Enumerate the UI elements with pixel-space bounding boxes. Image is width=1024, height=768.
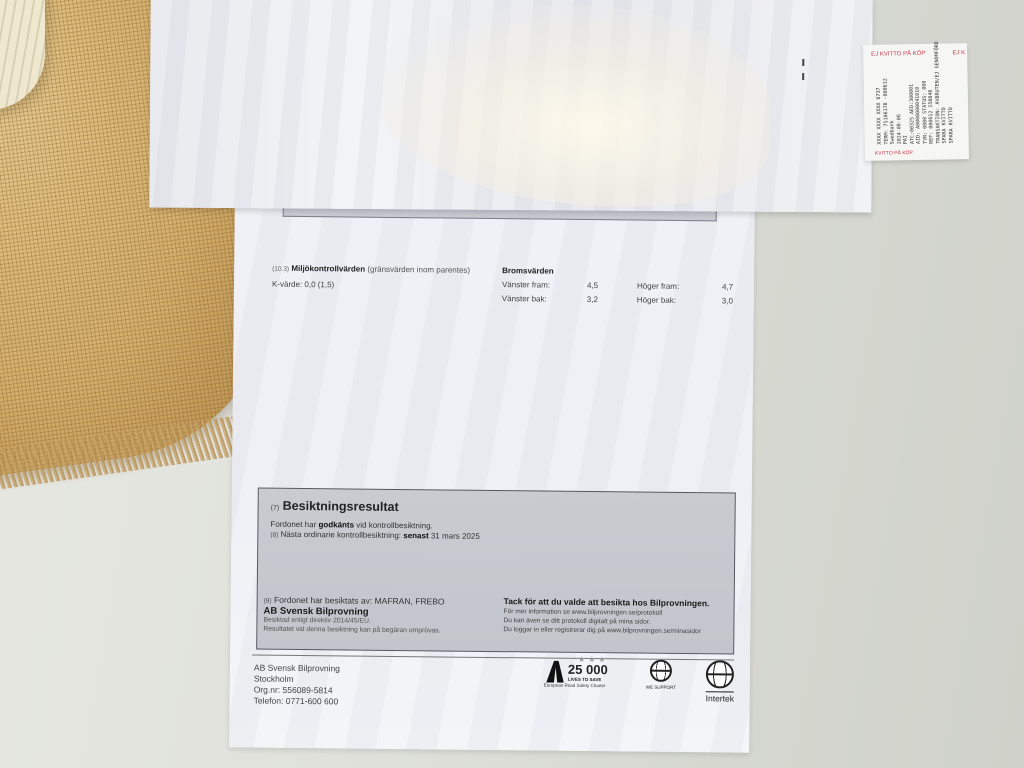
road-safety-charter-logo: ★★★ 25 000 LIVES TO SAVE European Road S…: [542, 661, 608, 689]
section-title: Miljökontrollvärden: [291, 264, 365, 274]
logo-subtitle: LIVES TO SAVE: [568, 677, 608, 682]
section-number: (7): [271, 505, 280, 512]
next-inspection-date: 31 mars 2025: [431, 531, 480, 541]
brake-value: 4,5: [587, 281, 598, 290]
info-line: Du loggar in eller registrerar dig på ww…: [503, 626, 701, 635]
globe-icon: [706, 660, 734, 688]
address-line: Stockholm: [254, 674, 340, 686]
globe-icon: [650, 660, 672, 682]
brake-left-front: Vänster fram: 4,5: [502, 280, 637, 290]
brake-right-front: Höger fram: 4,7: [637, 282, 772, 292]
intertek-logo: Intertek: [706, 660, 735, 703]
logo-name: Intertek: [706, 691, 734, 703]
brake-label: Höger bak:: [637, 296, 722, 306]
text: Nästa ordinarie kontrollbesiktning:: [280, 530, 401, 540]
brake-values-section: Bromsvärden Vänster fram: 4,5 Höger fram…: [502, 266, 772, 311]
footer-address: AB Svensk Bilprovning Stockholm Org.nr: …: [254, 663, 340, 708]
inspector-text: Fordonet har besiktats av: MAFRAN, FREBO: [274, 595, 445, 607]
info-line: Du kan även se ditt protokoll digitalt p…: [503, 617, 650, 626]
cover-sheet-in-plastic-sleeve: [149, 0, 872, 213]
directive-text: Besiktad enligt direktiv 2014/45/EU.: [263, 617, 370, 625]
approval-statement: Fordonet har godkänts vid kontrollbesikt…: [270, 520, 432, 531]
next-inspection-statement: (8) Nästa ordinarie kontrollbesiktning: …: [270, 530, 480, 541]
brake-label: Höger fram:: [637, 282, 722, 292]
k-value-row: K-värde: 0,0 (1,5): [272, 280, 334, 290]
k-value-label: K-värde:: [272, 280, 302, 289]
brake-values-title: Bromsvärden: [502, 266, 772, 278]
brake-label: Vänster fram:: [502, 280, 587, 290]
inspection-protocol-page: (10.3) Miljökontrollvärden (gränsvärden …: [229, 195, 755, 752]
text: vid kontrollbesiktning.: [356, 521, 433, 531]
thank-you-text: Tack för att du valde att besikta hos Bi…: [504, 596, 710, 608]
brake-right-rear: Höger bak: 3,0: [637, 296, 772, 306]
receipt-line: SPARA KVITTO: [946, 41, 954, 143]
punch-mark: [802, 73, 804, 80]
logo-caption: European Road Safety Charter: [544, 683, 606, 689]
section-note: (gränsvärden inom parentes): [367, 265, 470, 275]
punch-mark: [802, 59, 804, 66]
brake-left-rear: Vänster bak: 3,2: [502, 294, 637, 304]
brake-row-rear: Vänster bak: 3,2 Höger bak: 3,0: [502, 294, 772, 306]
section-number: (8): [270, 532, 278, 539]
card-receipt: EJ KVITTO PÅ KÖP EJ K XXXX XXXX XXXX 673…: [863, 43, 969, 161]
global-compact-logo: WE SUPPORT: [646, 660, 676, 690]
k-value: 0,0 (1,5): [304, 280, 334, 289]
receipt-lines: XXXX XXXX XXXX 6737 TERM: 75106178 -0006…: [875, 41, 955, 145]
address-line: Org.nr: 556089-5814: [254, 685, 340, 697]
brake-row-front: Vänster fram: 4,5 Höger fram: 4,7: [502, 280, 772, 292]
road-icon: [542, 661, 564, 683]
result-heading: (7) Besiktningsresultat: [271, 499, 399, 514]
brake-value: 3,0: [722, 296, 733, 305]
section-number: (10.3): [272, 266, 289, 273]
inspector-line: (9) Fordonet har besiktats av: MAFRAN, F…: [264, 595, 445, 607]
inspection-result-box: (7) Besiktningsresultat Fordonet har god…: [256, 488, 736, 655]
stars-icon: ★★★: [578, 655, 609, 664]
address-line: Telefon: 0771-600 600: [254, 696, 340, 708]
environment-section-heading: (10.3) Miljökontrollvärden (gränsvärden …: [272, 264, 470, 275]
receipt-header-repeat: EJ K: [952, 50, 965, 56]
brake-label: Vänster bak:: [502, 294, 587, 304]
section-number: (9): [264, 598, 272, 605]
brake-value: 4,7: [722, 282, 733, 291]
approval-status: godkänts: [318, 520, 354, 529]
brake-value: 3,2: [587, 295, 598, 304]
logo-caption: WE SUPPORT: [646, 685, 676, 690]
text: Fordonet har: [270, 520, 316, 529]
info-line: För mer information se www.bilprovningen…: [504, 608, 663, 617]
appeal-text: Resultatet vid denna besiktning kan på b…: [263, 626, 440, 635]
receipt-footer: KVITTO PÅ KÖP: [875, 150, 913, 157]
result-title: Besiktningsresultat: [283, 499, 399, 514]
address-line: AB Svensk Bilprovning: [254, 663, 340, 675]
text: senast: [403, 531, 428, 540]
